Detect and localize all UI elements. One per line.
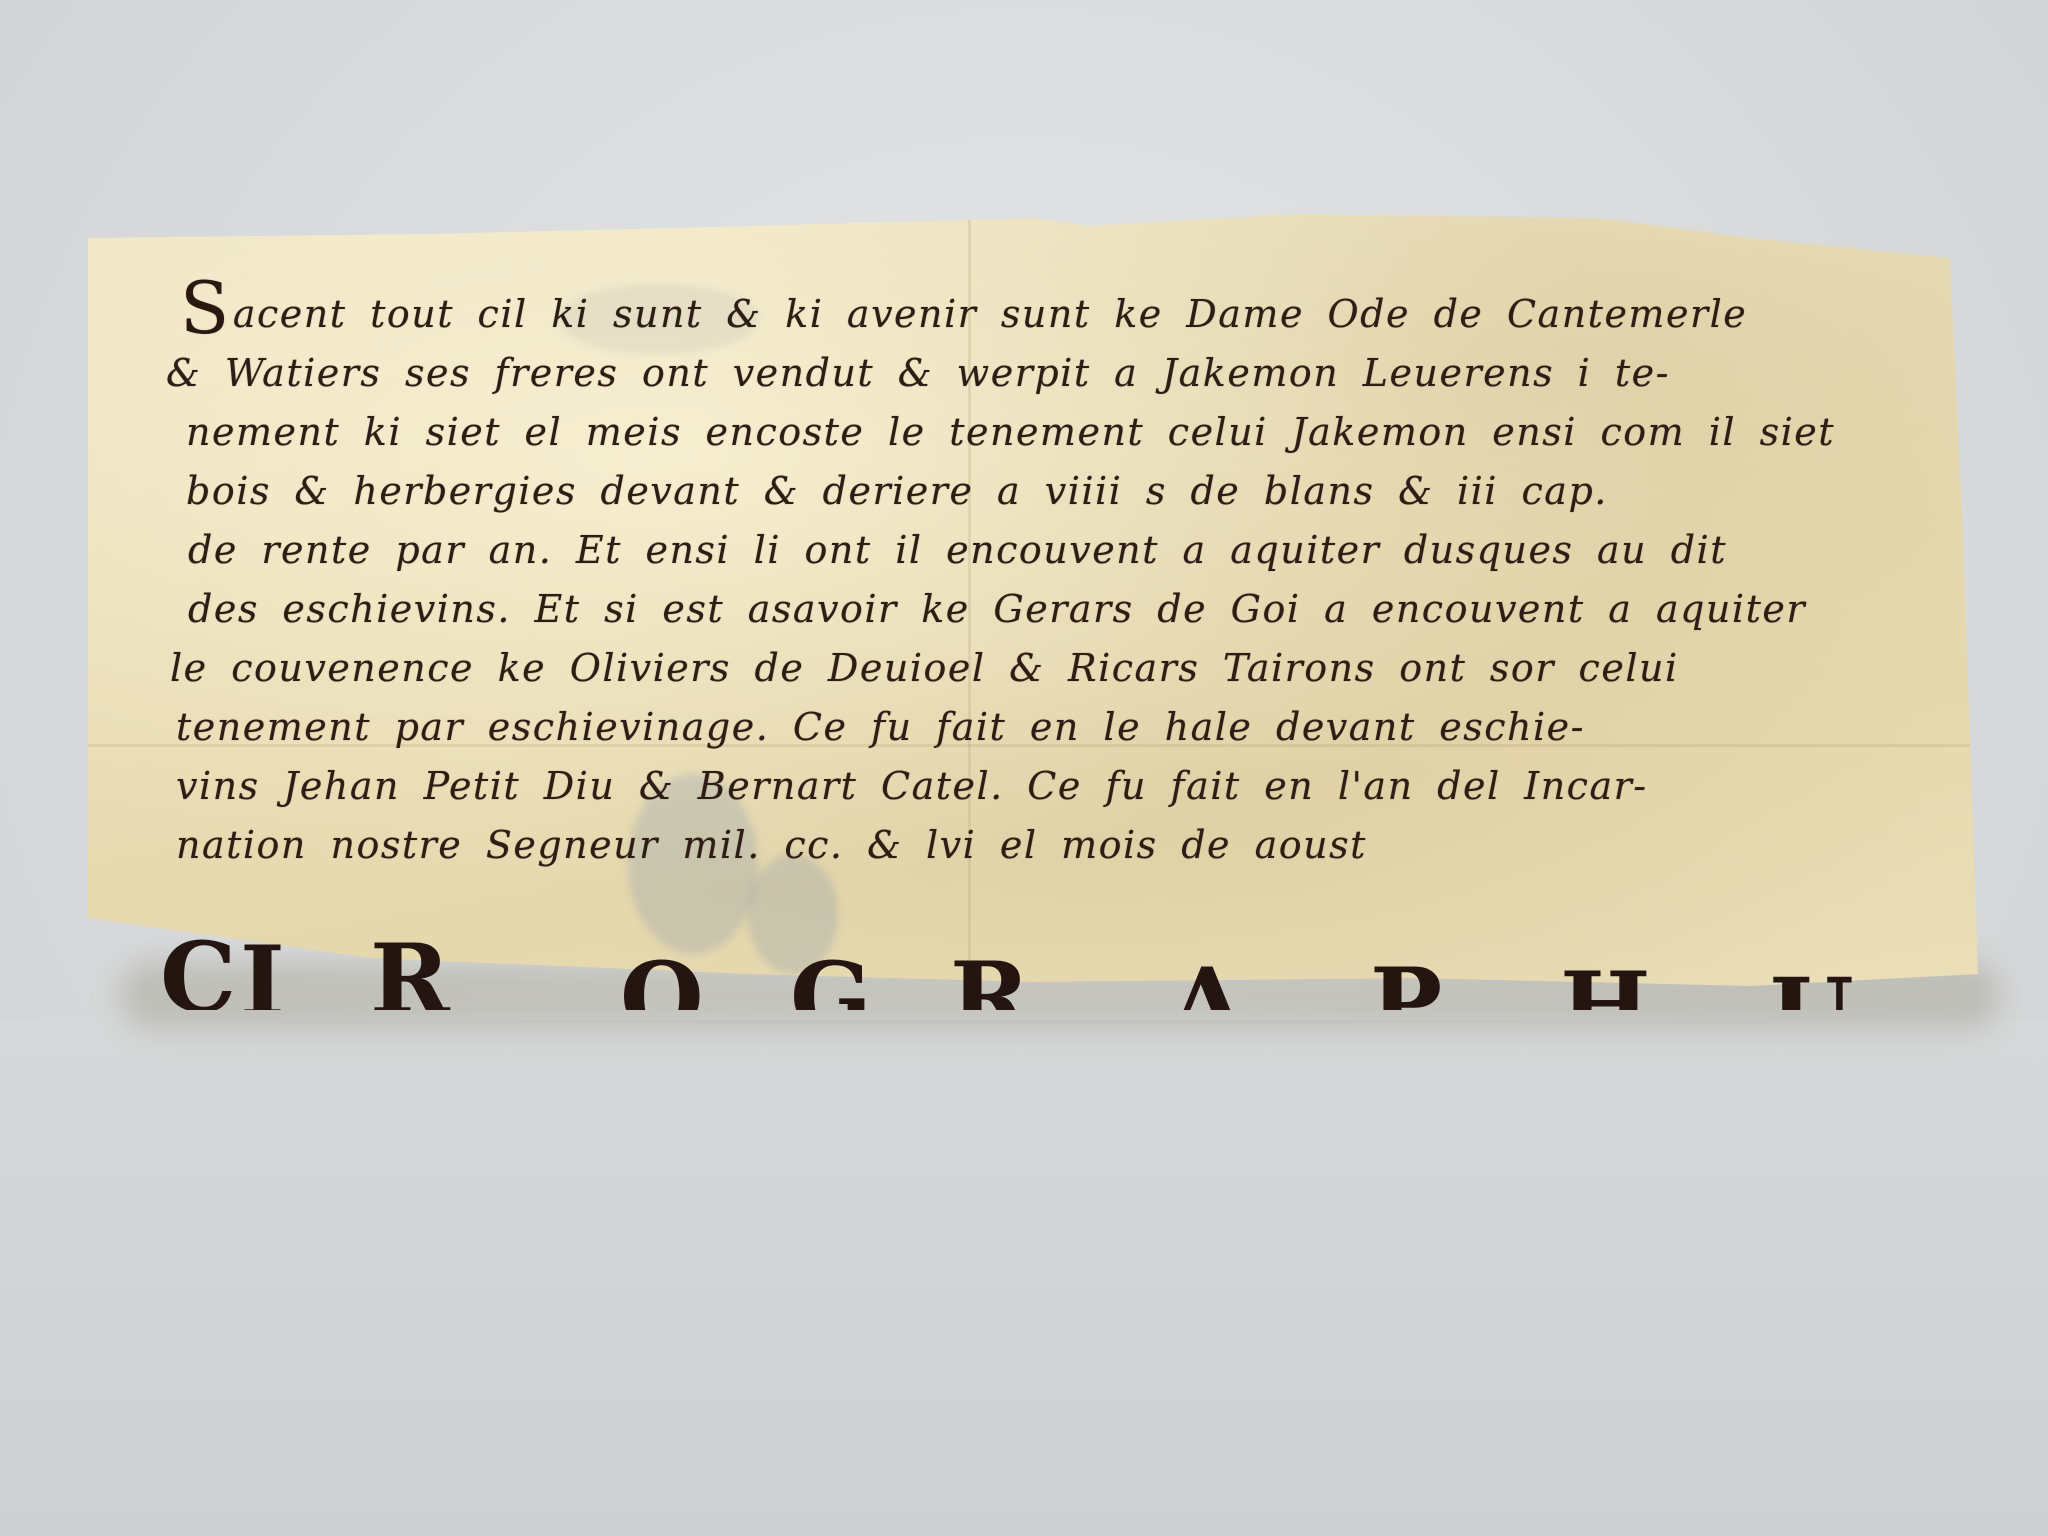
chirograph-letter: A [1170,956,1244,1010]
text-line-1: Sacent tout cil ki sunt & ki avenir sunt… [180,292,1970,351]
text-line-4: bois & herbergies devant & deriere a vii… [186,469,1976,528]
text-line-10: nation nostre Segneur mil. cc. & lvi el … [176,823,1966,882]
text-line-8: tenement par eschievinage. Ce fu fait en… [176,705,1966,764]
chirograph-letter: H [1560,960,1651,1010]
text-line-9: vins Jehan Petit Diu & Bernart Catel. Ce… [176,764,1966,823]
chirograph-letter: C [160,930,236,1010]
text-line-1-rest: acent tout cil ki sunt & ki avenir sunt … [233,292,1747,336]
chirograph-letter: R [370,932,450,1010]
chirograph-letter: O [620,950,704,1010]
text-line-5: de rente par an. Et ensi li ont il encou… [188,528,1978,587]
chirograph-letter: G [790,950,872,1010]
chirograph-letter: U [1770,966,1854,1010]
text-line-7: le couvenence ke Oliviers de Deuioel & R… [170,646,1960,705]
charter-text: Sacent tout cil ki sunt & ki avenir sunt… [166,292,1956,882]
decorated-initial: S [180,266,231,350]
table-surface [0,1020,2048,1536]
chirograph-letter: I [240,934,285,1010]
chirograph-cut-letters: C I R O G R A P H U [150,920,1910,1010]
text-line-2: & Watiers ses freres ont vendut & werpit… [166,351,1956,410]
chirograph-letter: R [950,950,1030,1010]
text-line-6: des eschievins. Et si est asavoir ke Ger… [188,587,1978,646]
chirograph-letter: P [1370,956,1442,1010]
text-line-3: nement ki siet el meis encoste le teneme… [186,410,1976,469]
